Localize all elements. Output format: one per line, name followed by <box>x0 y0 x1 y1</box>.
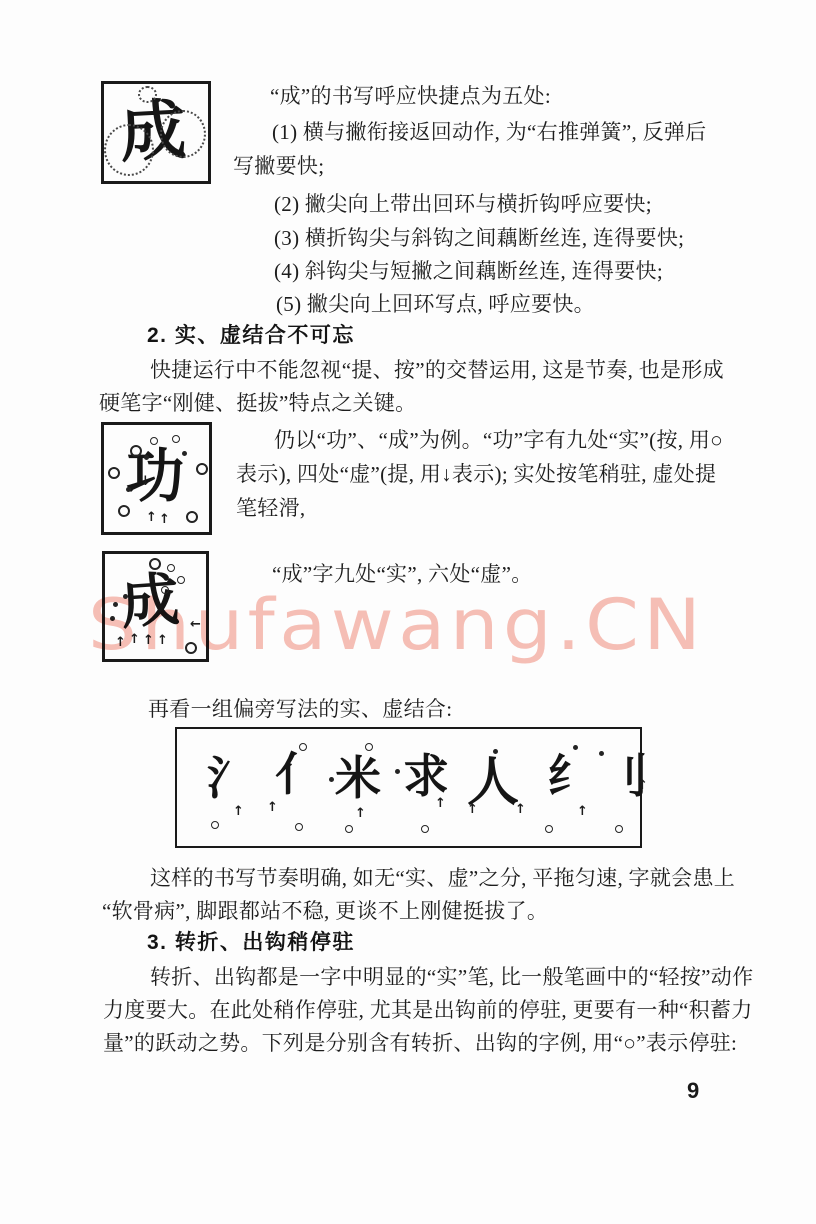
press-ring-mark <box>130 445 142 457</box>
press-ring-mark <box>615 825 623 833</box>
press-ring-mark <box>150 437 158 445</box>
press-ring-mark <box>108 467 120 479</box>
figure-gong-annotated: 功 ↓ ↑ ↑ <box>101 422 212 535</box>
section-heading-2: 2. 实、虚结合不可忘 <box>147 324 355 348</box>
press-ring-mark <box>149 558 161 570</box>
text-line-radicals-intro: 再看一组偏旁写法的实、虚结合: <box>148 697 452 721</box>
radical-cell: 纟 ↑ <box>539 741 597 837</box>
radical-glyph: 纟 <box>547 753 593 799</box>
lift-arrow-mark: ↑ <box>146 511 157 524</box>
lift-arrow-mark: ↑ <box>637 779 648 792</box>
text-line-intro: “成”的书写呼应快捷点为五处: <box>270 84 551 108</box>
press-ring-mark <box>345 825 353 833</box>
lift-arrow-mark: ↑ <box>233 805 244 818</box>
text-line-item4: (4) 斜钩尖与短撇之间藕断丝连, 连得要快; <box>274 259 663 283</box>
dotted-loop <box>104 124 154 176</box>
radical-cell: 求 ↑ <box>395 741 453 837</box>
radical-cell: 人 ↑ ↑ <box>463 741 533 837</box>
press-ring-mark <box>167 564 175 572</box>
text-line-item2: (2) 撇尖向上带出回环与横折钩呼应要快; <box>274 192 652 216</box>
section-heading-3: 3. 转折、出钩稍停驻 <box>147 931 355 955</box>
ink-dot-mark <box>573 745 578 750</box>
ink-dot-mark <box>126 487 131 492</box>
text-line-cheng-counts: “成”字九处“实”, 六处“虚”。 <box>272 562 533 586</box>
scanned-book-page: 成 “成”的书写呼应快捷点为五处: (1) 横与撇衔接返回动作, 为“右推弹簧”… <box>0 0 816 1224</box>
radical-glyph: 亻 <box>275 751 321 797</box>
lift-arrow-mark: ↑ <box>267 801 278 814</box>
press-ring-mark <box>172 435 180 443</box>
text-line-para3b: 表示), 四处“虚”(提, 用↓表示); 实处按笔稍驻, 虚处提 <box>236 462 716 486</box>
press-ring-mark <box>545 825 553 833</box>
lift-arrow-mark: ↑ <box>435 797 446 810</box>
text-line-item3: (3) 横折钩尖与斜钩之间藕断丝连, 连得要快; <box>274 226 684 250</box>
ink-dot-mark <box>144 455 149 460</box>
lift-arrow-mark: ↑ <box>159 513 170 526</box>
text-line-para4b: “软骨病”, 脚跟都站不稳, 更谈不上刚健挺拔了。 <box>102 899 548 923</box>
press-ring-mark <box>196 463 208 475</box>
dotted-loop <box>160 110 206 158</box>
radical-cell: 刂 ↑ <box>595 741 653 837</box>
dotted-loop <box>138 86 157 103</box>
press-ring-mark <box>211 821 219 829</box>
radical-glyph: 氵 <box>207 755 253 801</box>
page-number: 9 <box>687 1078 699 1104</box>
press-ring-mark <box>421 825 429 833</box>
press-ring-mark <box>177 576 185 584</box>
press-ring-mark <box>365 743 373 751</box>
radical-cell: 亻 ↑ <box>265 741 323 837</box>
text-line-para3c: 笔轻滑, <box>236 496 305 520</box>
ink-dot-mark <box>182 451 187 456</box>
site-watermark: Shufawang.CN <box>88 590 705 660</box>
ink-dot-mark <box>329 777 334 782</box>
ink-dot-mark <box>599 751 604 756</box>
figure-cheng-dotted-loops: 成 <box>101 81 211 184</box>
radical-glyph: 求 <box>403 753 449 799</box>
ink-dot-mark <box>395 769 400 774</box>
radical-glyph: 米 <box>335 755 381 801</box>
lift-arrow-mark: ↑ <box>577 805 588 818</box>
ink-dot-mark <box>493 749 498 754</box>
press-ring-mark <box>295 823 303 831</box>
text-line-para5b: 力度要大。在此处稍作停驻, 尤其是出钩前的停驻, 更要有一种“积蓄力 <box>103 998 753 1022</box>
text-line-para4a: 这样的书写节奏明确, 如无“实、虚”之分, 平拖匀速, 字就会患上 <box>150 866 735 890</box>
radical-cell: 米 ↑ <box>329 741 387 837</box>
lift-arrow-mark: ↑ <box>467 803 478 816</box>
radical-strip-figure: 氵 ↑ 亻 ↑ 米 ↑ 求 ↑ 人 ↑ ↑ <box>175 727 642 848</box>
text-line-para3a: 仍以“功”、“成”为例。“功”字有九处“实”(按, 用○ <box>274 428 723 452</box>
text-line-para5a: 转折、出钩都是一字中明显的“实”笔, 比一般笔画中的“轻按”动作 <box>150 965 753 989</box>
lift-arrow-mark: ↑ <box>355 807 366 820</box>
press-ring-mark <box>299 743 307 751</box>
lift-arrow-mark: ↓ <box>140 475 151 488</box>
text-line-para2a: 快捷运行中不能忽视“提、按”的交替运用, 这是节奏, 也是形成 <box>150 358 724 382</box>
text-line-para5c: 量”的跃动之势。下列是分别含有转折、出钩的字例, 用“○”表示停驻: <box>103 1031 737 1055</box>
lift-arrow-mark: ↑ <box>515 803 526 816</box>
press-ring-mark <box>186 511 198 523</box>
radical-cell: 氵 ↑ <box>199 741 257 837</box>
text-line-para2b: 硬笔字“刚健、挺拔”特点之关键。 <box>99 391 416 415</box>
text-line-item1: (1) 横与撇衔接返回动作, 为“右推弹簧”, 反弹后 <box>272 120 706 144</box>
text-line-item1-wrap: 写撇要快; <box>233 154 324 178</box>
press-ring-mark <box>118 505 130 517</box>
text-line-item5: (5) 撇尖向上回环写点, 呼应要快。 <box>276 292 595 316</box>
